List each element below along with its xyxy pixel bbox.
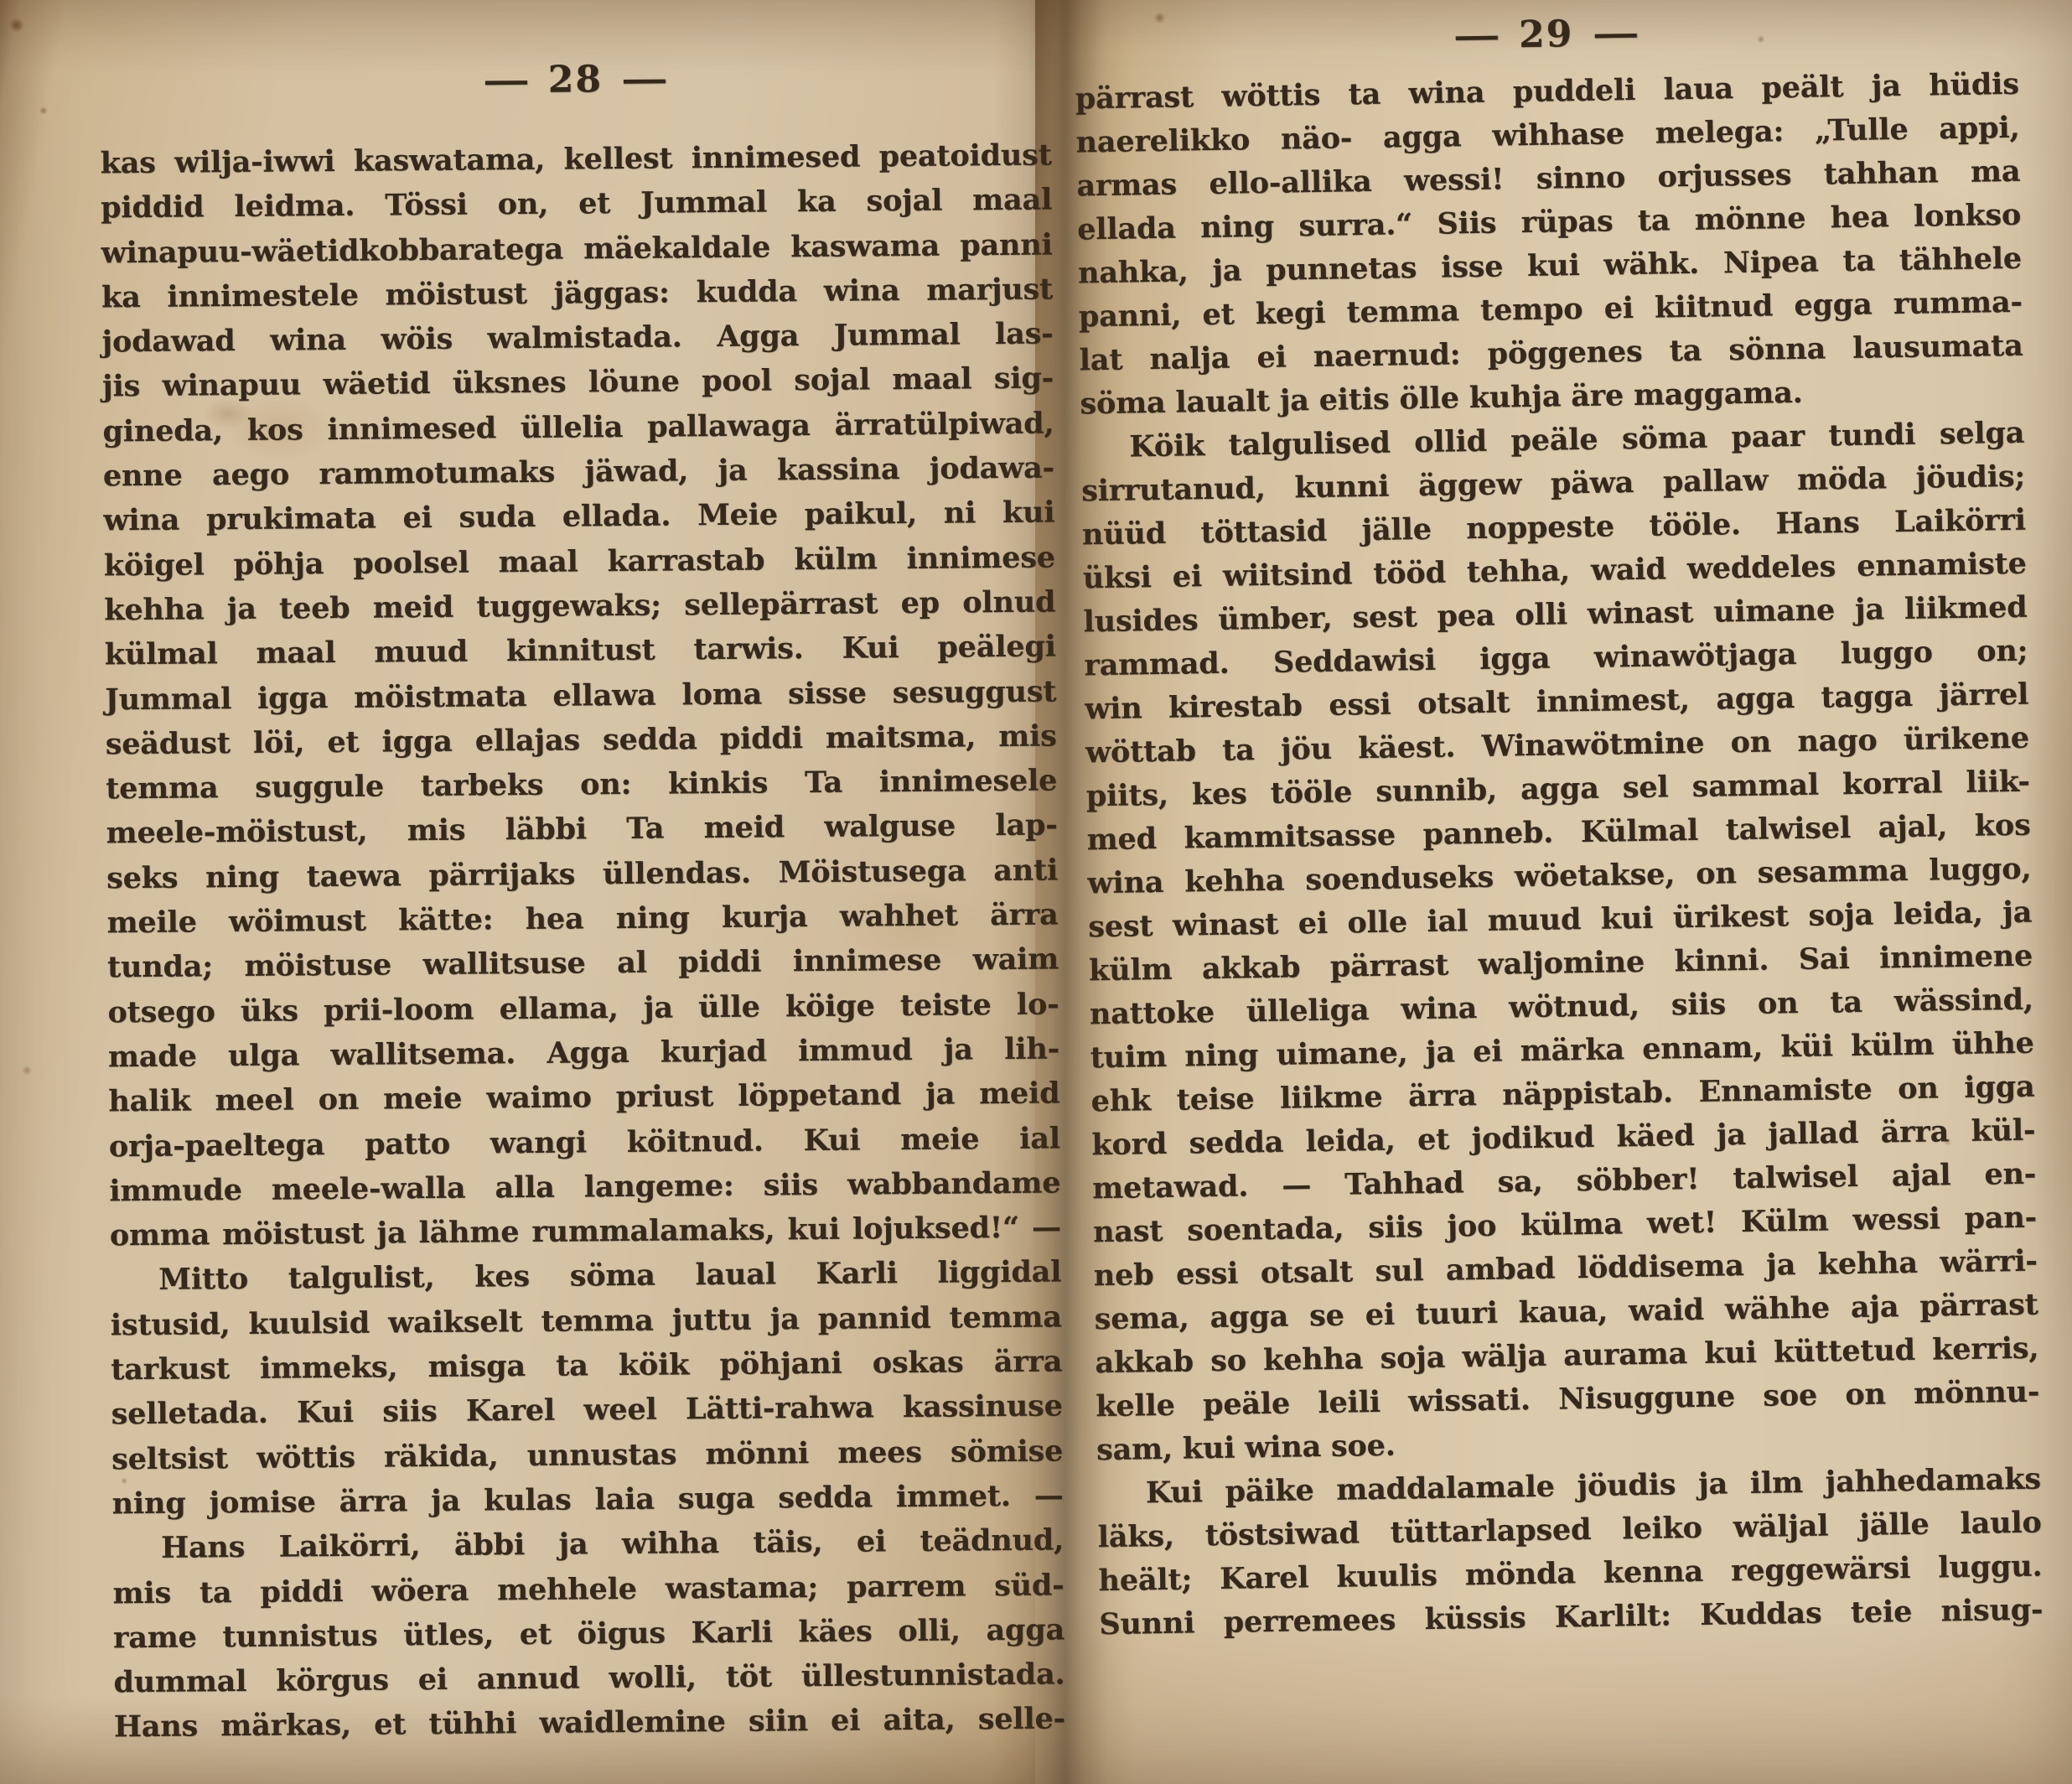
page-29-header: — 29 — (1074, 6, 2018, 63)
text-line: seltsist wöttis räkida, unnustas mönni m… (111, 1429, 1063, 1481)
text-line: kas wilja-iwwi kaswatama, kellest innime… (100, 133, 1051, 186)
page-28: — 28 — kas wilja-iwwi kaswatama, kellest… (0, 0, 1035, 1784)
text-line: otsego üks prii-loom ellama, ja ülle köi… (107, 982, 1059, 1035)
text-line: ning jomise ärra ja kulas laia suga sedd… (111, 1473, 1063, 1526)
text-line: wina prukimata ei suda ellada. Meie paik… (103, 490, 1054, 543)
page-28-content: — 28 — kas wilja-iwwi kaswatama, kellest… (0, 0, 1065, 1750)
book-scan: — 28 — kas wilja-iwwi kaswatama, kellest… (0, 0, 2072, 1784)
text-line: meele-möistust, mis läbbi Ta meid walgus… (106, 803, 1057, 856)
text-line: mis ta piddi wöera mehhele wastama; parr… (112, 1563, 1064, 1615)
text-line: rame tunnistus ütles, et öigus Karli käe… (113, 1607, 1064, 1660)
page-29-text: pärrast wöttis ta wina puddeli laua peäl… (1075, 63, 2043, 1647)
text-line: seädust löi, et igga ellajas sedda piddi… (105, 713, 1056, 766)
text-line: kehha ja teeb meid tuggewaks; sellepärra… (104, 579, 1055, 632)
text-line: köigel pöhja poolsel maal karrastab külm… (104, 535, 1055, 588)
text-line: meile wöimust kätte: hea ning kurja wahh… (106, 893, 1058, 946)
text-line: selletada. Kui siis Karel weel Lätti-rah… (111, 1384, 1062, 1437)
text-line: halik meel on meie waimo priust löppetan… (108, 1071, 1059, 1124)
text-line: omma möistust ja lähme rummalamaks, kui … (110, 1206, 1061, 1258)
text-line: temma suggule tarbeks on: kinkis Ta inni… (106, 759, 1057, 812)
text-line: istusid, kuulsid waikselt temma juttu ja… (111, 1294, 1062, 1347)
text-line: seks ning taewa pärrijaks üllendas. Möis… (106, 848, 1058, 900)
text-line: enne aego rammotumaks jäwad, ja kassina … (103, 446, 1054, 499)
header-dash-right: — (621, 59, 668, 98)
text-line: orja-paeltega patto wangi köitnud. Kui m… (109, 1116, 1060, 1169)
page-number-29: 29 (1519, 13, 1574, 56)
text-line: tunda; möistuse wallitsuse al piddi inni… (107, 937, 1059, 990)
header-dash-left: — (1453, 15, 1501, 55)
text-line: jodawad wina wöis walmistada. Agga Jumma… (101, 312, 1053, 365)
text-line: Mitto talgulist, kes söma laual Karli li… (110, 1250, 1061, 1303)
page-29-content: — 29 — pärrast wöttis ta wina puddeli la… (1035, 0, 2044, 1647)
text-line: Hans Laikörri, äbbi ja wihha täis, ei te… (112, 1518, 1064, 1571)
text-line: made ulga wallitsema. Agga kurjad immud … (108, 1026, 1059, 1079)
text-line: külmal maal muud kinnitust tarwis. Kui p… (105, 625, 1056, 677)
text-line: winapuu-wäetidkobbaratega mäekaldale kas… (101, 222, 1052, 275)
header-dash-left: — (483, 60, 530, 99)
text-line: Hans märkas, et tühhi waidlemine siin ei… (114, 1697, 1065, 1750)
text-line: tarkust immeks, misga ta köik pöhjani os… (111, 1339, 1062, 1392)
text-line: dummal körgus ei annud wolli, töt üllest… (113, 1652, 1064, 1705)
header-dash-right: — (1592, 13, 1639, 53)
page-28-text: kas wilja-iwwi kaswatama, kellest innime… (100, 133, 1065, 1750)
text-line: piddid leidma. Tössi on, et Jummal ka so… (101, 178, 1052, 231)
page-number-28: 28 (547, 58, 603, 101)
page-29: — 29 — pärrast wöttis ta wina puddeli la… (1035, 0, 2072, 1784)
text-line: ka innimestele möistust jäggas: kudda wi… (101, 267, 1053, 319)
text-line: immude meele-walla alla langeme: siis wa… (109, 1160, 1060, 1213)
text-line: gineda, kos innimesed üllelia pallawaga … (102, 401, 1054, 454)
page-28-header: — 28 — (100, 54, 1051, 105)
text-line: Jummal igga möistmata ellawa loma sisse … (105, 669, 1056, 722)
text-line: jis winapuu wäetid üksnes löune pool soj… (102, 356, 1054, 409)
